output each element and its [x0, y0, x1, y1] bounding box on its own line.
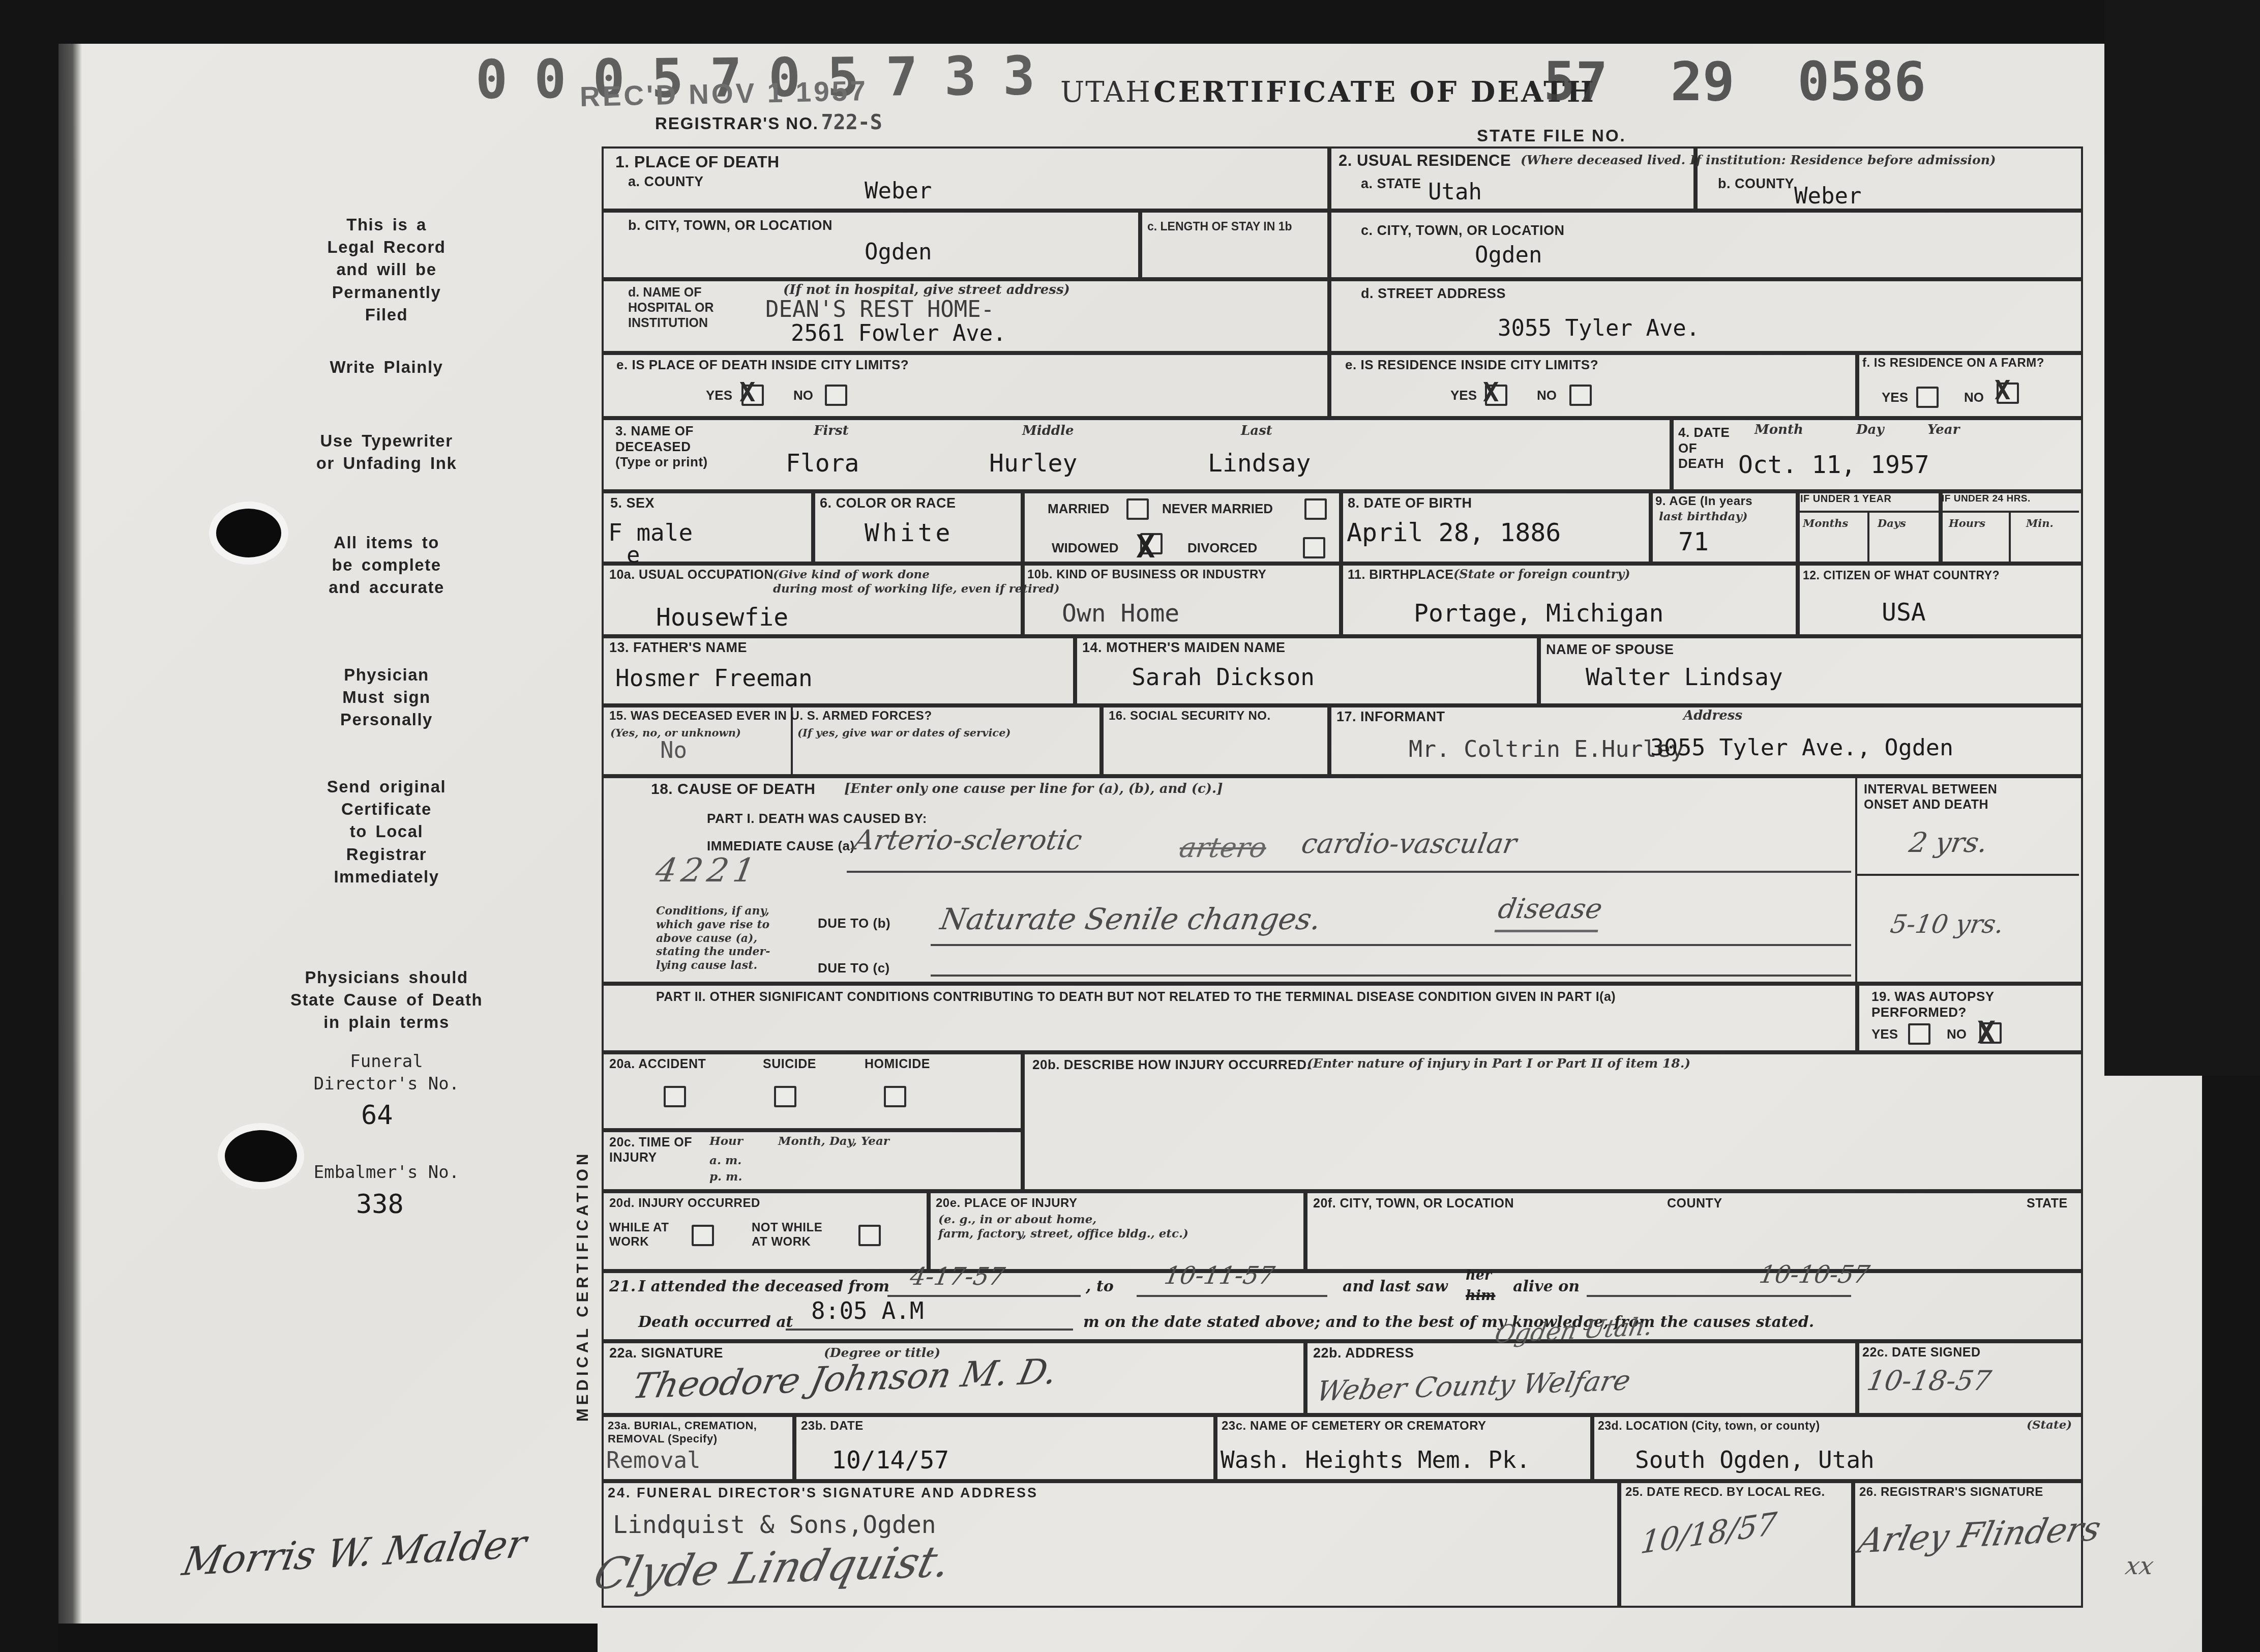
s6-label: 6. COLOR OR RACE — [820, 495, 956, 512]
s9-value: 71 — [1678, 528, 1709, 556]
s9-days-label: Days — [1878, 517, 1906, 530]
s1d-value-1: DEAN'S REST HOME- — [765, 298, 994, 322]
s21-time-value: 8:05 A.M — [811, 1298, 924, 1324]
s24-label: 24. FUNERAL DIRECTOR'S SIGNATURE AND ADD… — [608, 1485, 1038, 1501]
s21-p5: Death occurred at — [638, 1313, 793, 1332]
s23c-value: Wash. Heights Mem. Pk. — [1221, 1447, 1530, 1473]
s20a-suicide-label: SUICIDE — [763, 1057, 816, 1072]
s9-under1-label: IF UNDER 1 YEAR — [1800, 493, 1891, 506]
s21-him: him — [1466, 1288, 1495, 1304]
s2f-no-checkbox: X — [1997, 382, 2019, 404]
s2a-value: Utah — [1428, 180, 1482, 204]
s3-middle-value: Hurley — [989, 450, 1077, 477]
s2-title: 2. USUAL RESIDENCE — [1339, 152, 1511, 170]
funeral-director-no-value: 64 — [361, 1101, 393, 1130]
under24-split — [2009, 511, 2011, 562]
medical-certification-vertical-label: MEDICAL CERTIFICATION — [574, 781, 592, 1422]
state-file-number-stamp: 57 29 0586 — [1543, 51, 1926, 113]
s4-year-label: Year — [1927, 422, 1959, 438]
title-state: UTAH — [1060, 76, 1151, 109]
s5-value: F male — [608, 520, 693, 546]
s7-never-checkbox — [1304, 498, 1327, 520]
s20a-label: 20a. ACCIDENT — [609, 1057, 706, 1072]
s20f-county-label: COUNTY — [1667, 1196, 1722, 1212]
s20d-while-label: WHILE AT WORK — [609, 1221, 669, 1250]
margin-note-send-original: Send original Certificate to Local Regis… — [219, 776, 554, 888]
s20a-homicide-checkbox — [884, 1086, 906, 1107]
s3-title: 3. NAME OF DECEASED (Type or print) — [615, 423, 708, 470]
s4-value: Oct. 11, 1957 — [1738, 452, 1929, 479]
s20c-label: 20c. TIME OF INJURY — [609, 1135, 692, 1165]
s2d-value: 3055 Tyler Ave. — [1498, 316, 1700, 341]
cell-2c — [1327, 209, 2083, 281]
registrar-no-label: REGISTRAR'S NO. — [655, 114, 819, 133]
s20c-hour-label: Hour — [709, 1134, 743, 1148]
s21-to-value: 10-11-57 — [1163, 1263, 1276, 1288]
s21-p6: m on the date stated above; and to the b… — [1083, 1313, 1814, 1332]
margin-note-physician-sign: Physician Must sign Personally — [219, 664, 554, 731]
s18-a-value: Arterio-sclerotic — [852, 827, 1084, 854]
s14-label: 14. MOTHER'S MAIDEN NAME — [1082, 640, 1285, 656]
s12-label: 12. CITIZEN OF WHAT COUNTRY? — [1803, 569, 2000, 582]
s20d-notwhile-checkbox — [858, 1225, 881, 1246]
s4-day-label: Day — [1856, 422, 1884, 438]
s1c-label: c. LENGTH OF STAY IN 1b — [1147, 220, 1292, 234]
embalmer-no-label: Embalmer's No. — [219, 1162, 554, 1183]
state-file-label: STATE FILE NO. — [1477, 126, 1626, 146]
s1a-value: Weber — [865, 179, 932, 203]
s9-under24-label: IF UNDER 24 HRS. — [1942, 493, 2031, 505]
s26-signature-extra: xx — [2124, 1554, 2156, 1578]
s8-value: April 28, 1886 — [1347, 519, 1561, 547]
s18-a-struck: artero — [1177, 834, 1269, 862]
s13-label: 13. FATHER'S NAME — [609, 640, 747, 656]
part2-label: PART II. OTHER SIGNIFICANT CONDITIONS CO… — [656, 990, 1841, 1005]
s15-label: 15. WAS DECEASED EVER IN U. S. ARMED FOR… — [609, 709, 932, 723]
spouse-value: Walter Lindsay — [1586, 664, 1783, 690]
s18-code: 4221 — [653, 854, 762, 887]
s23b-label: 23b. DATE — [801, 1419, 864, 1433]
s2f-yes-checkbox — [1916, 387, 1939, 408]
s2b-value: Weber — [1794, 184, 1861, 209]
s7-divorced-checkbox — [1303, 537, 1325, 558]
s7-married-label: MARRIED — [1048, 501, 1109, 517]
s10a-label: 10a. USUAL OCCUPATION — [609, 568, 774, 583]
s3-last-value: Lindsay — [1208, 450, 1311, 477]
s8-label: 8. DATE OF BIRTH — [1348, 495, 1472, 512]
interval-col-line — [1855, 774, 1857, 982]
s2e-yes-checkbox: X — [1485, 385, 1507, 406]
s2e-no-label: NO — [1537, 388, 1557, 403]
s22a-label: 22a. SIGNATURE — [609, 1345, 723, 1362]
s10b-value: Own Home — [1062, 600, 1179, 627]
s23a-label: 23a. BURIAL, CREMATION, REMOVAL (Specify… — [608, 1419, 757, 1445]
s23d-value: South Ogden, Utah — [1635, 1447, 1875, 1473]
s1a-label: a. COUNTY — [628, 174, 704, 190]
s3-last-label: Last — [1241, 423, 1272, 439]
s3-first-value: Flora — [786, 450, 859, 477]
s4-month-label: Month — [1755, 422, 1803, 438]
s10a-value: Housewfie — [656, 604, 788, 631]
s10b-label: 10b. KIND OF BUSINESS OR INDUSTRY — [1027, 568, 1266, 582]
funeral-director-no-label: Funeral Director's No. — [219, 1050, 554, 1095]
s3-first-label: First — [814, 423, 849, 439]
s1e-no-checkbox — [825, 385, 847, 406]
s7-widowed-label: WIDOWED — [1052, 540, 1118, 556]
s20b-note: (Enter nature of injury in Part I or Par… — [1307, 1056, 1690, 1072]
s1d-label: d. NAME OF HOSPITAL OR INSTITUTION — [628, 285, 714, 331]
s15-note-2: (If yes, give war or dates of service) — [797, 726, 1010, 740]
s23a-value: Removal — [606, 1449, 700, 1473]
s21-p1: I attended the deceased from — [638, 1278, 889, 1296]
s20c-am-label: a. m. — [709, 1154, 741, 1168]
s21-p3: and last saw — [1343, 1278, 1448, 1296]
s2f-yes-label: YES — [1882, 390, 1908, 405]
s21-last-value: 10-10-57 — [1758, 1262, 1871, 1287]
s2a-label: a. STATE — [1361, 176, 1421, 192]
s18-due-c-label: DUE TO (c) — [818, 960, 890, 976]
margin-note-legal-record: This is a Legal Record and will be Perma… — [219, 214, 554, 326]
s18-interval-label: INTERVAL BETWEEN ONSET AND DEATH — [1864, 782, 1997, 812]
s20d-while-checkbox — [692, 1225, 714, 1246]
s16-label: 16. SOCIAL SECURITY NO. — [1109, 709, 1271, 723]
s1e-label: e. IS PLACE OF DEATH INSIDE CITY LIMITS? — [616, 357, 909, 373]
s22c-label: 22c. DATE SIGNED — [1862, 1345, 1981, 1361]
s21-from-value: 4-17-57 — [908, 1264, 1007, 1289]
s11-value: Portage, Michigan — [1414, 600, 1663, 627]
s1e-no-label: NO — [793, 388, 813, 403]
s23b-value: 10/14/57 — [831, 1447, 949, 1474]
s6-value: White — [865, 520, 954, 547]
under1-split — [1867, 511, 1869, 562]
s20e-note: (e. g., in or about home, farm, factory,… — [938, 1213, 1188, 1241]
margin-note-typewriter: Use Typewriter or Unfading Ink — [203, 430, 570, 475]
s13-value: Hosmer Freeman — [615, 665, 813, 691]
margin-note-write-plainly: Write Plainly — [219, 356, 554, 378]
s1b-value: Ogden — [865, 240, 932, 264]
margin-note-plain-terms: Physicians should State Cause of Death i… — [183, 966, 590, 1034]
s9-min-label: Min. — [2026, 517, 2054, 530]
s20d-label: 20d. INJURY OCCURRED — [609, 1196, 760, 1211]
s21-p4: alive on — [1513, 1278, 1580, 1296]
s19-yes-label: YES — [1871, 1026, 1898, 1042]
s1-title: 1. PLACE OF DEATH — [615, 153, 780, 172]
s2f-no-label: NO — [1964, 390, 1984, 405]
s18-bracket: [Enter only one cause per line for (a), … — [844, 781, 1223, 798]
margin-note-complete: All items to be complete and accurate — [219, 532, 554, 599]
s2b-label: b. COUNTY — [1718, 176, 1794, 192]
s20e-label: 20e. PLACE OF INJURY — [936, 1196, 1078, 1211]
s9-label-2: last birthday) — [1659, 510, 1748, 524]
s5-value-dropped: e — [627, 543, 640, 568]
s5-label: 5. SEX — [610, 495, 655, 512]
s18-interval-b-value: 5-10 yrs. — [1889, 911, 2006, 937]
s9-months-label: Months — [1803, 517, 1848, 530]
s10a-note: (Give kind of work done during most of w… — [773, 568, 1060, 596]
s18-a-value-2: cardio-vascular — [1299, 830, 1519, 858]
s2f-label: f. IS RESIDENCE ON A FARM? — [1862, 356, 2044, 370]
s7-married-checkbox — [1126, 498, 1149, 520]
received-date-stamp: REC'D NOV 1 1957 — [579, 74, 868, 113]
s2c-label: c. CITY, TOWN, OR LOCATION — [1361, 223, 1565, 239]
s20a-accident-checkbox — [664, 1086, 686, 1107]
s20b-label: 20b. DESCRIBE HOW INJURY OCCURRED. — [1032, 1057, 1311, 1073]
s7-widowed-checkbox: X — [1140, 533, 1163, 554]
s19-yes-checkbox — [1908, 1023, 1930, 1045]
s11-label: 11. BIRTHPLACE — [1348, 568, 1453, 583]
s18-title: 18. CAUSE OF DEATH — [651, 780, 816, 798]
s20f-state-label: STATE — [2027, 1196, 2068, 1212]
s18-interval-a-value: 2 yrs. — [1907, 829, 1989, 857]
s20d-notwhile-label: NOT WHILE AT WORK — [752, 1221, 822, 1250]
s11-note: (State or foreign country) — [1453, 567, 1630, 581]
s1e-yes-checkbox: X — [741, 385, 764, 406]
under1-header-line — [1796, 511, 2079, 513]
s17-label: 17. INFORMANT — [1336, 709, 1445, 725]
s2e-no-checkbox — [1569, 385, 1592, 406]
s23d-state-note: (State) — [2027, 1418, 2072, 1432]
s24-value: Lindquist & Sons,Ogden — [613, 1512, 936, 1539]
s1d-note: (If not in hospital, give street address… — [783, 282, 1070, 299]
s22c-value: 10-18-57 — [1865, 1367, 1993, 1395]
s20a-homicide-label: HOMICIDE — [865, 1057, 930, 1072]
embalmer-no-value: 338 — [356, 1190, 404, 1219]
s21-num: 21. — [609, 1278, 636, 1296]
s20c-mdy-label: Month, Day, Year — [778, 1134, 889, 1148]
spouse-label: NAME OF SPOUSE — [1546, 642, 1674, 658]
s20c-pm-label: p. m. — [709, 1170, 742, 1184]
scan-dark-band-right — [2104, 0, 2260, 1076]
s17-value: Mr. Coltrin E.Hurley — [1409, 736, 1684, 762]
s17-address-value: 3055 Tyler Ave., Ogden — [1650, 735, 1953, 760]
paper-torn-edge — [58, 44, 82, 1652]
s23c-label: 23c. NAME OF CEMETERY OR CREMATORY — [1222, 1419, 1486, 1433]
s2e-label: e. IS RESIDENCE INSIDE CITY LIMITS? — [1345, 357, 1598, 373]
s2e-yes-label: YES — [1450, 388, 1477, 403]
s19-no-checkbox: X — [1979, 1022, 2002, 1044]
page-title: CERTIFICATE OF DEATH — [1153, 75, 1596, 109]
interval-a-line — [1855, 874, 2079, 876]
s19-label: 19. WAS AUTOPSY PERFORMED? — [1871, 989, 1995, 1020]
s2c-value: Ogden — [1475, 243, 1542, 268]
s2-note: (Where deceased lived. If institution: R… — [1521, 153, 2075, 168]
s7-never-label: NEVER MARRIED — [1162, 501, 1273, 517]
s21-her: her — [1466, 1267, 1492, 1284]
cell-3 — [602, 416, 1674, 493]
s12-value: USA — [1882, 599, 1926, 626]
s2d-label: d. STREET ADDRESS — [1361, 286, 1506, 302]
s15-value: No — [660, 739, 687, 763]
s22b-label: 22b. ADDRESS — [1313, 1345, 1414, 1362]
s18-due-b-label: DUE TO (b) — [818, 916, 890, 931]
s18-line-c — [931, 952, 1851, 977]
s25-label: 25. DATE RECD. BY LOCAL REG. — [1625, 1485, 1844, 1499]
s20f-label: 20f. CITY, TOWN, OR LOCATION — [1313, 1196, 1514, 1212]
s20a-suicide-checkbox — [774, 1086, 796, 1107]
s18-b-value: Naturate Senile changes. — [938, 904, 1323, 934]
s23d-label: 23d. LOCATION (City, town, or county) — [1598, 1419, 1820, 1433]
s1b-label: b. CITY, TOWN, OR LOCATION — [628, 218, 832, 234]
s3-middle-label: Middle — [1022, 423, 1074, 439]
s24-signature: Clyde Lindquist. — [590, 1540, 955, 1595]
s17-address-label: Address — [1683, 708, 1742, 724]
scan-dark-band-bottom — [58, 1624, 598, 1652]
s21-p2: , to — [1086, 1278, 1114, 1296]
s9-label-1: 9. AGE (In years — [1655, 494, 1752, 509]
s18-conditions-note: Conditions, if any, which gave rise to a… — [656, 904, 770, 972]
s1e-yes-label: YES — [706, 388, 732, 403]
s26-label: 26. REGISTRAR'S SIGNATURE — [1859, 1485, 2043, 1499]
s19-no-label: NO — [1947, 1026, 1967, 1042]
s14-value: Sarah Dickson — [1132, 664, 1315, 690]
registrar-no-value: 722-S — [821, 111, 882, 134]
s4-title: 4. DATE OF DEATH — [1678, 425, 1730, 471]
s9-hours-label: Hours — [1949, 517, 1985, 530]
s7-divorced-label: DIVORCED — [1187, 540, 1257, 556]
s1d-value-2: 2561 Fowler Ave. — [791, 321, 1006, 346]
